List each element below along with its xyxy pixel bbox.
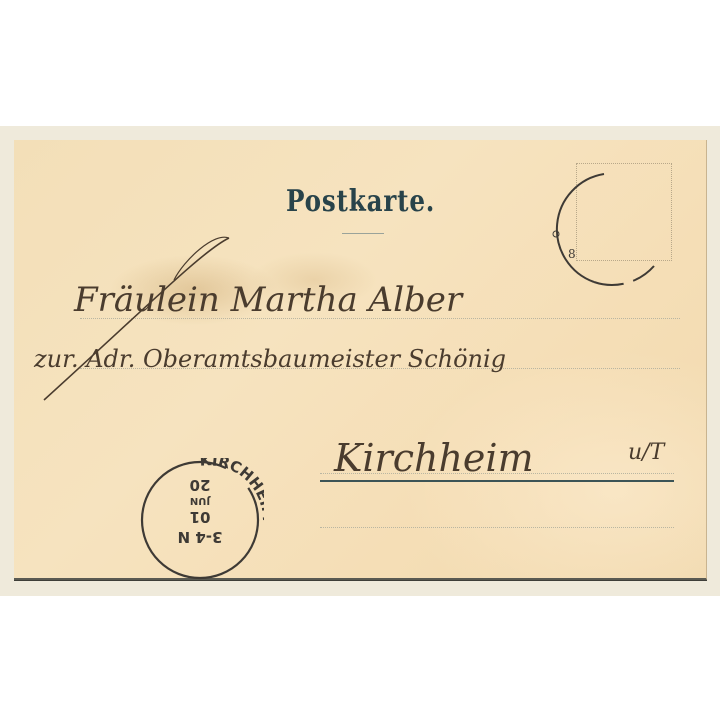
town-underline [320, 480, 674, 482]
svg-text:3-4 N: 3-4 N [178, 528, 223, 546]
svg-text:8: 8 [568, 247, 576, 261]
flourish-stroke [34, 230, 234, 410]
printed-title: Postkarte. [286, 184, 417, 219]
postcard: Postkarte. Fräulein Martha Alber zur. Ad… [14, 140, 707, 580]
svg-text:20: 20 [190, 476, 211, 494]
svg-text:JUN: JUN [190, 495, 211, 506]
handwritten-town: Kirchheim [334, 436, 534, 480]
handwritten-town-suffix: u/T [628, 440, 664, 465]
address-line-4 [320, 527, 674, 528]
svg-text:01: 01 [190, 508, 211, 526]
postmark-departure: 8 [542, 168, 664, 290]
postmark-arrival: 3-4 N 01 JUN 20 KIRCHHEIM [134, 456, 266, 584]
handwritten-care-of: zur. Adr. Oberamtsbaumeister Schönig [34, 345, 506, 373]
title-rule [342, 233, 384, 234]
